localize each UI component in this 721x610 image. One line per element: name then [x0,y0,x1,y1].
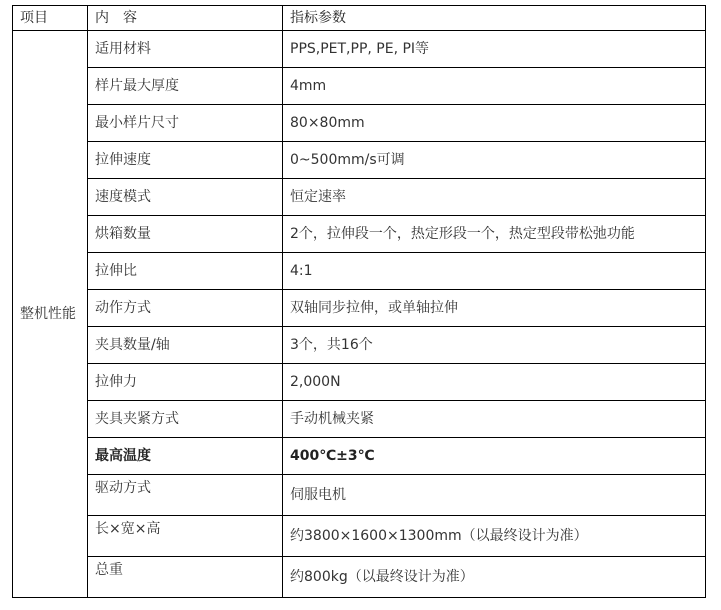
item-cell: 驱动方式 [88,475,283,516]
header-value: 指标参数 [283,6,706,31]
table-row: 驱动方式 伺服电机 [13,475,706,516]
table-row-highlight: 最高温度 400℃±3℃ [13,438,706,475]
table-row: 整机性能 适用材料 PPS,PET,PP, PE, PI等 [13,31,706,68]
table-row: 拉伸速度 0~500mm/s可调 [13,142,706,179]
table-row: 拉伸力 2,000N [13,364,706,401]
table-row: 拉伸比 4:1 [13,253,706,290]
value-cell: 4:1 [283,253,706,290]
value-cell: 2个，拉伸段一个，热定形段一个，热定型段带松弛功能 [283,216,706,253]
item-cell: 烘箱数量 [88,216,283,253]
item-cell: 拉伸速度 [88,142,283,179]
table-row: 最小样片尺寸 80×80mm [13,105,706,142]
table-row: 速度模式 恒定速率 [13,179,706,216]
item-cell: 动作方式 [88,290,283,327]
item-cell: 拉伸比 [88,253,283,290]
value-cell: 双轴同步拉伸，或单轴拉伸 [283,290,706,327]
spec-table: 项目 内 容 指标参数 整机性能 适用材料 PPS,PET,PP, PE, PI… [12,5,706,598]
table-row: 烘箱数量 2个，拉伸段一个，热定形段一个，热定型段带松弛功能 [13,216,706,253]
header-item: 内 容 [88,6,283,31]
value-cell: 伺服电机 [283,475,706,516]
item-cell: 最高温度 [88,438,283,475]
item-cell: 夹具夹紧方式 [88,401,283,438]
item-cell: 最小样片尺寸 [88,105,283,142]
value-cell: 约800kg（以最终设计为准） [283,557,706,598]
value-cell: 2,000N [283,364,706,401]
table-row: 长×宽×高 约3800×1600×1300mm（以最终设计为准） [13,516,706,557]
value-cell: 3个，共16个 [283,327,706,364]
item-cell: 夹具数量/轴 [88,327,283,364]
table-row: 总重 约800kg（以最终设计为准） [13,557,706,598]
item-cell: 样片最大厚度 [88,68,283,105]
header-category: 项目 [13,6,88,31]
value-cell: 80×80mm [283,105,706,142]
item-cell: 总重 [88,557,283,598]
item-cell: 适用材料 [88,31,283,68]
item-cell: 拉伸力 [88,364,283,401]
table-header-row: 项目 内 容 指标参数 [13,6,706,31]
category-cell: 整机性能 [13,31,88,598]
value-cell: 0~500mm/s可调 [283,142,706,179]
value-cell: 恒定速率 [283,179,706,216]
value-cell: 400℃±3℃ [283,438,706,475]
value-cell: 4mm [283,68,706,105]
item-cell: 长×宽×高 [88,516,283,557]
value-cell: 手动机械夹紧 [283,401,706,438]
value-cell: 约3800×1600×1300mm（以最终设计为准） [283,516,706,557]
value-cell: PPS,PET,PP, PE, PI等 [283,31,706,68]
table-row: 样片最大厚度 4mm [13,68,706,105]
item-cell: 速度模式 [88,179,283,216]
table-row: 夹具数量/轴 3个，共16个 [13,327,706,364]
table-row: 夹具夹紧方式 手动机械夹紧 [13,401,706,438]
table-row: 动作方式 双轴同步拉伸，或单轴拉伸 [13,290,706,327]
